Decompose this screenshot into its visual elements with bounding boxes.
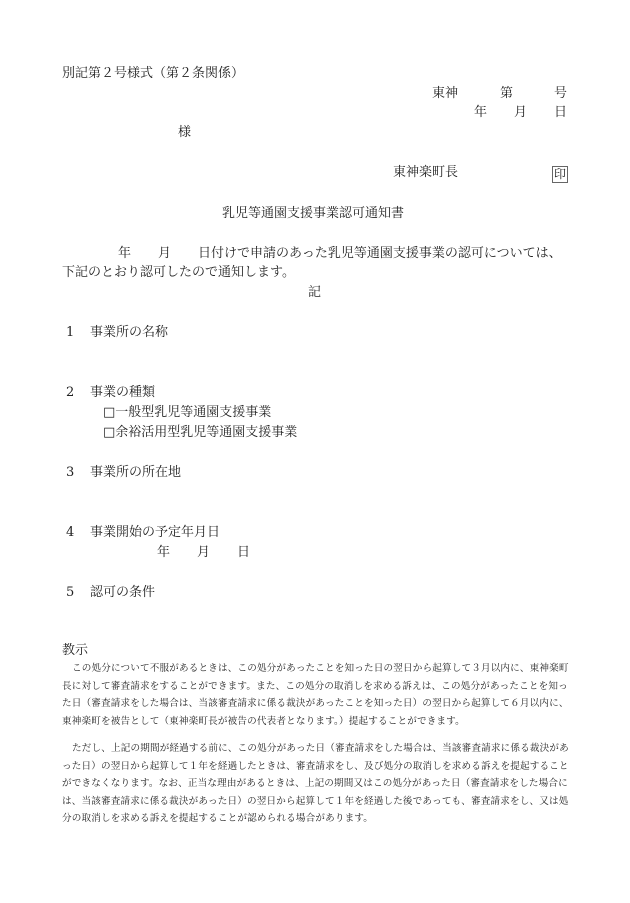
item-label: 事業の種類 <box>90 385 155 401</box>
item-number: 3 <box>66 465 74 481</box>
body-line2: 下記のとおり認可したので通知します。 <box>62 265 295 281</box>
item-label: 認可の条件 <box>90 585 155 601</box>
body-line1-rest: 日付けで申請のあった乳児等通園支援事業の認可については、 <box>198 246 562 262</box>
item-number: 4 <box>66 525 74 541</box>
addressee-suffix: 様 <box>178 125 191 141</box>
start-date-day: 日 <box>237 545 250 561</box>
doc-number-prefix: 東神 <box>432 86 458 102</box>
start-date-year: 年 <box>157 545 170 561</box>
seal-box: 印 <box>552 163 568 183</box>
ki-label: 記 <box>308 285 321 301</box>
issue-date-year: 年 <box>474 105 487 121</box>
issuer-name: 東神楽町長 <box>393 165 458 181</box>
seal-mark: 印 <box>552 166 568 183</box>
item-label: 事業開始の予定年月日 <box>90 525 220 541</box>
doc-number-go: 号 <box>554 86 567 102</box>
item-label: 事業所の名称 <box>90 325 168 341</box>
body-year: 年 <box>118 246 131 262</box>
item-label: 事業所の所在地 <box>90 465 181 481</box>
item-number: 1 <box>66 325 74 341</box>
start-date-month: 月 <box>197 545 210 561</box>
notice-heading: 教示 <box>62 643 88 659</box>
issue-date-day: 日 <box>554 105 567 121</box>
notice-paragraph-1: この処分について不服があるときは、この処分があったことを知った日の翌日から起算し… <box>62 660 570 730</box>
doc-number-dai: 第 <box>500 86 513 102</box>
document-title: 乳児等通園支援事業認可通知書 <box>222 206 404 222</box>
option-surplus-type[interactable]: □余裕活用型乳児等通園支援事業 <box>103 425 297 441</box>
form-header: 別記第２号様式（第２条関係） <box>62 66 244 82</box>
notice-paragraph-2: ただし、上記の期間が経過する前に、この処分があった日（審査請求をした場合は、当該… <box>62 740 570 828</box>
issue-date-month: 月 <box>514 105 527 121</box>
item-number: 2 <box>66 385 74 401</box>
option-general-type[interactable]: □一般型乳児等通園支援事業 <box>103 405 271 421</box>
body-month: 月 <box>158 246 171 262</box>
item-number: 5 <box>66 585 74 601</box>
